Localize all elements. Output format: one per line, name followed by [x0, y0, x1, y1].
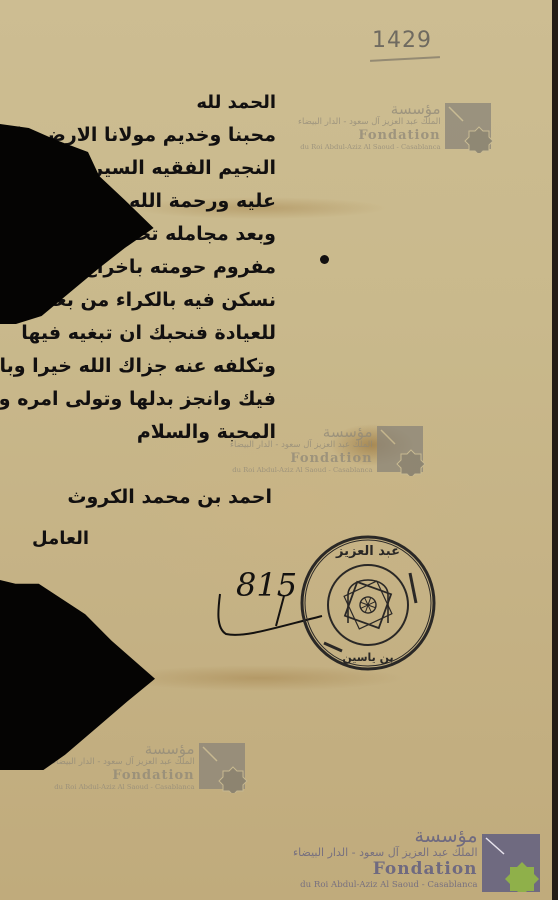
ink-dot	[320, 255, 329, 264]
watermark-latin-title: Fondation	[290, 451, 372, 466]
foundation-watermark: مؤسسة الملك عبد العزيز آل سعود - الدار ا…	[230, 424, 427, 476]
signature-name: احمد بن محمد الكروث	[67, 486, 272, 508]
foundation-logo-icon	[197, 741, 249, 793]
watermark-arabic-title: مؤسسة	[145, 741, 195, 757]
svg-text:عبد العزيز: عبد العزيز	[335, 544, 400, 559]
watermark-arabic-title: مؤسسة	[414, 826, 477, 846]
official-seal-stamp: عبد العزيز بن ياسين	[298, 533, 438, 673]
letter-line: فيك وانجز بدلها وتولى امره والمرء على	[0, 383, 276, 416]
foundation-watermark: مؤسسة الملك عبد العزيز آل سعود - الدار ا…	[298, 101, 495, 153]
watermark-latin-subtitle: du Roi Abdul-Aziz Al Saoud - Casablanca	[232, 466, 372, 475]
archive-number: 1429	[372, 28, 432, 53]
watermark-latin-subtitle: du Roi Abdul-Aziz Al Saoud - Casablanca	[300, 879, 477, 891]
svg-text:بن ياسين: بن ياسين	[342, 651, 393, 664]
foundation-watermark-corner: مؤسسة الملك عبد العزيز آل سعود - الدار ا…	[293, 826, 542, 892]
foundation-watermark: مؤسسة الملك عبد العزيز آل سعود - الدار ا…	[52, 741, 249, 793]
watermark-latin-subtitle: du Roi Abdul-Aziz Al Saoud - Casablanca	[54, 783, 194, 792]
watermark-latin-title: Fondation	[373, 860, 478, 879]
letter-line: وتكلفه عنه جزاك الله خيرا وبارك	[0, 350, 276, 383]
watermark-latin-subtitle: du Roi Abdul-Aziz Al Saoud - Casablanca	[300, 143, 440, 152]
watermark-arabic-title: مؤسسة	[391, 101, 441, 117]
watermark-arabic-subtitle: الملك عبد العزيز آل سعود - الدار البيضاء	[293, 846, 478, 860]
watermark-latin-title: Fondation	[358, 128, 440, 143]
letter-line: للعيادة فنحبك ان تبغيه فيها	[0, 317, 276, 350]
foundation-logo-icon	[443, 101, 495, 153]
watermark-arabic-subtitle: الملك عبد العزيز آل سعود - الدار البيضاء	[298, 117, 441, 128]
archive-number-underline	[370, 56, 440, 62]
watermark-latin-title: Fondation	[112, 768, 194, 783]
signature-title: العامل	[32, 528, 89, 549]
seal-emblem-icon: عبد العزيز بن ياسين	[298, 533, 438, 673]
foundation-logo-icon	[375, 424, 427, 476]
scan-edge	[552, 0, 558, 900]
manuscript-page: 1429 الحمد لله محبنا وخديم مولانا الارضي…	[0, 0, 552, 900]
foundation-logo-icon	[480, 826, 542, 892]
watermark-arabic-title: مؤسسة	[323, 424, 373, 440]
letter-line: الحمد لله	[0, 86, 276, 119]
watermark-arabic-subtitle: الملك عبد العزيز آل سعود - الدار البيضاء	[230, 440, 373, 451]
watermark-arabic-subtitle: الملك عبد العزيز آل سعود - الدار البيضاء	[52, 757, 195, 768]
